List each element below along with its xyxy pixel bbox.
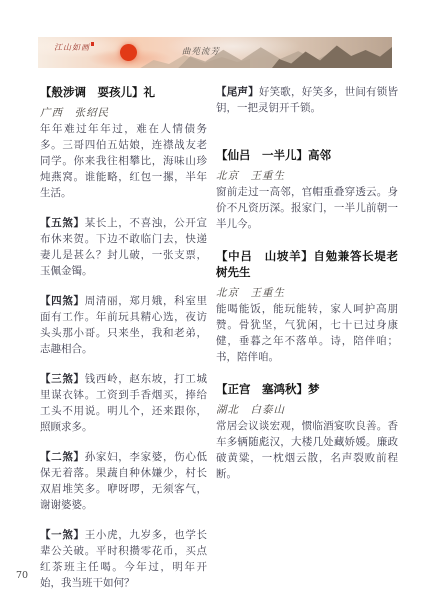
seal-stamp-icon — [91, 42, 94, 46]
verse-text: 能喝能饭，能玩能转，家人呵护高朋赞。骨犹坚，气犹闲，七十已过身康健，垂暮之年不落… — [216, 301, 398, 365]
left-column: 【般涉调 耍孩儿】礼 广西 张绍民 年年难过年年过，难在人情债务多。三哥四伯五姑… — [40, 84, 207, 600]
verse-title: 【正宫 塞鸿秋】梦 — [216, 381, 398, 397]
verse-block: 【二煞】孙家妇，李家婆，伤心低保无着落。果蔬自种休嫌少，村长双眉堆笑多。咿呀啰，… — [40, 449, 207, 513]
verse-block: 【三煞】钱西岭，赵东坡，打工城里谋衣钵。工资到手香烟买，捧给工头不用说。明儿个，… — [40, 371, 207, 435]
right-column: 【尾声】好笑歌，好笑多，世间有锁皆钥，一把灵钥开千锁。 【仙吕 一半儿】高邻 北… — [216, 84, 398, 600]
verse-block: 【四煞】周清丽，郑月娥，科室里面有工作。年前玩具精心选，夜访头头那小哥。只来坐，… — [40, 293, 207, 357]
verse-paragraph: 【三煞】钱西岭，赵东坡，打工城里谋衣钵。工资到手香烟买，捧给工头不用说。明儿个，… — [40, 371, 207, 435]
verse-text: 窗前走过一高邻，官帽重叠穿透云。身价不凡资历深。报家门，一半儿前朝一半儿今。 — [216, 184, 398, 232]
verse-block: 【一煞】王小虎，九岁多，也学长辈公关破。平时积攒零花币，买点红茶班主任喝。今年过… — [40, 527, 207, 591]
verse-title: 【般涉调 耍孩儿】礼 — [40, 84, 207, 100]
stanza-tag: 【三煞】 — [40, 373, 85, 385]
verse-paragraph: 【四煞】周清丽，郑月娥，科室里面有工作。年前玩具精心选，夜访头头那小哥。只来坐，… — [40, 293, 207, 357]
stanza-tag: 【二煞】 — [40, 451, 85, 463]
verse-paragraph: 【五煞】某长上，不喜浊，公开宣布休来贺。下边不敢临门去，快递妻儿是甚么？封儿破，… — [40, 215, 207, 279]
verse-author: 广西 张绍民 — [40, 105, 207, 121]
verse-paragraph: 【二煞】孙家妇，李家婆，伤心低保无着落。果蔬自种休嫌少，村长双眉堆笑多。咿呀啰，… — [40, 449, 207, 513]
stanza-tag: 【一煞】 — [40, 529, 85, 541]
verse-author: 北京 王重生 — [216, 168, 398, 184]
verse-block: 【尾声】好笑歌，好笑多，世间有锁皆钥，一把灵钥开千锁。 — [216, 84, 398, 116]
verse-block: 【般涉调 耍孩儿】礼 广西 张绍民 年年难过年年过，难在人情债务多。三哥四伯五姑… — [40, 84, 207, 201]
verse-block: 【五煞】某长上，不喜浊，公开宣布休来贺。下边不敢临门去，快递妻儿是甚么？封儿破，… — [40, 215, 207, 279]
verse-block: 【正宫 塞鸿秋】梦 湖北 白泰山 常居会议谈宏观，惯临酒宴吹良善。香车多辆随彪汉… — [216, 381, 398, 482]
banner-left-text: 江山如画 — [54, 43, 90, 52]
stanza-tag: 【尾声】 — [216, 86, 259, 98]
verse-paragraph: 【尾声】好笑歌，好笑多，世间有锁皆钥，一把灵钥开千锁。 — [216, 84, 398, 116]
stanza-tag: 【五煞】 — [40, 217, 85, 229]
page-content: 【般涉调 耍孩儿】礼 广西 张绍民 年年难过年年过，难在人情债务多。三哥四伯五姑… — [40, 84, 398, 600]
verse-block: 【仙吕 一半儿】高邻 北京 王重生 窗前走过一高邻，官帽重叠穿透云。身价不凡资历… — [216, 147, 398, 232]
red-sun-icon — [120, 44, 137, 61]
verse-text: 常居会议谈宏观，惯临酒宴吹良善。香车多辆随彪汉，大楼几处藏娇媛。廉政破黄粱，一枕… — [216, 418, 398, 482]
verse-text: 年年难过年年过，难在人情债务多。三哥四伯五姑娘，连襟战友老同学。你来我往相攀比，… — [40, 121, 207, 201]
verse-paragraph: 【一煞】王小虎，九岁多，也学长辈公关破。平时积攒零花币，买点红茶班主任喝。今年过… — [40, 527, 207, 591]
header-banner-painting: 江山如画 曲苑流芳 — [38, 37, 392, 68]
banner-left-calligraphy: 江山如画 — [54, 42, 94, 53]
banner-center-calligraphy: 曲苑流芳 — [182, 45, 220, 57]
verse-title: 【仙吕 一半儿】高邻 — [216, 147, 398, 163]
stanza-tag: 【四煞】 — [40, 295, 85, 307]
verse-author: 北京 王重生 — [216, 285, 398, 301]
verse-title: 【中吕 山坡羊】自勉兼答长堤老树先生 — [216, 248, 398, 280]
page-number: 70 — [16, 570, 28, 581]
verse-author: 湖北 白泰山 — [216, 402, 398, 418]
verse-block: 【中吕 山坡羊】自勉兼答长堤老树先生 北京 王重生 能喝能饭，能玩能转，家人呵护… — [216, 248, 398, 365]
